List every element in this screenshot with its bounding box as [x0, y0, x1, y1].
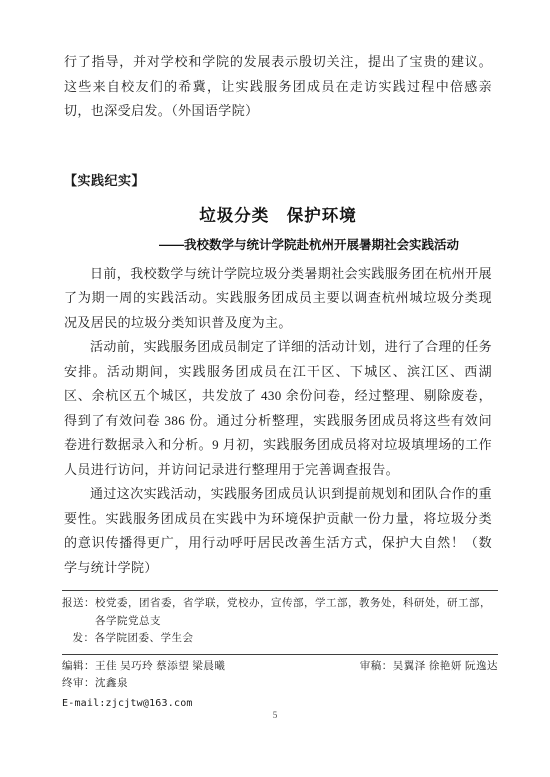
article-paragraph: 通过这次实践活动，实践服务团成员认识到提前规划和团队合作的重要性。实践服务团成员…	[64, 482, 492, 580]
final-review-label: 终审：	[62, 675, 95, 693]
article-subtitle: ——我校数学与统计学院赴杭州开展暑期社会实践活动	[126, 235, 492, 253]
reviewer-label: 审稿：	[360, 661, 393, 672]
article-body: 日前，我校数学与统计学院垃圾分类暑期社会实践服务团在杭州开展了为期一周的实践活动…	[64, 262, 492, 581]
article-paragraph: 日前，我校数学与统计学院垃圾分类暑期社会实践服务团在杭州开展了为期一周的实践活动…	[64, 262, 492, 336]
send-row: 发： 各学院团委、学生会	[62, 630, 498, 652]
editor-names: 王佳 吴巧玲 蔡添望 梁晨曦	[95, 661, 225, 672]
page-number: 5	[0, 711, 550, 721]
submit-recipients-line1: 校党委，团省委，省学联，党校办，宣传部，学工部，教务处，科研处，研工部，	[95, 598, 491, 609]
final-reviewer-name: 沈鑫泉	[95, 675, 128, 693]
page-content: 行了指导，并对学校和学院的发展表示殷切关注，提出了宝贵的建议。这些来自校友们的希…	[0, 0, 550, 580]
continuation-paragraph: 行了指导，并对学校和学院的发展表示殷切关注，提出了宝贵的建议。这些来自校友们的希…	[64, 50, 492, 124]
final-review-row: 终审： 沈鑫泉	[62, 675, 498, 693]
submit-recipients: 校党委，团省委，省学联，党校办，宣传部，学工部，教务处，科研处，研工部， 各学院…	[95, 595, 491, 630]
credits-row: 编辑：王佳 吴巧玲 蔡添望 梁晨曦 审稿：吴翼泽 徐艳妍 阮逸达	[62, 655, 498, 676]
submit-row: 报送： 校党委，团省委，省学联，党校办，宣传部，学工部，教务处，科研处，研工部，…	[62, 591, 498, 630]
submit-label: 报送：	[62, 595, 95, 630]
document-footer: 报送： 校党委，团省委，省学联，党校办，宣传部，学工部，教务处，科研处，研工部，…	[62, 590, 498, 712]
section-label: 【实践纪实】	[64, 170, 492, 189]
editors-group: 编辑：王佳 吴巧玲 蔡添望 梁晨曦	[62, 658, 225, 676]
article-paragraph: 活动前，实践服务团成员制定了详细的活动计划，进行了合理的任务安排。活动期间，实践…	[64, 335, 492, 482]
reviewers-group: 审稿：吴翼泽 徐艳妍 阮逸达	[360, 658, 498, 676]
document-page: 行了指导，并对学校和学院的发展表示殷切关注，提出了宝贵的建议。这些来自校友们的希…	[0, 0, 550, 777]
send-label: 发：	[73, 630, 95, 648]
reviewer-names: 吴翼泽 徐艳妍 阮逸达	[393, 661, 498, 672]
editor-label: 编辑：	[62, 661, 95, 672]
contact-email: E-mail:zjcjtw@163.com	[62, 693, 498, 713]
article-title: 垃圾分类 保护环境	[64, 202, 492, 226]
send-recipients: 各学院团委、学生会	[95, 630, 194, 648]
submit-recipients-line2: 各学院党总支	[95, 616, 161, 627]
